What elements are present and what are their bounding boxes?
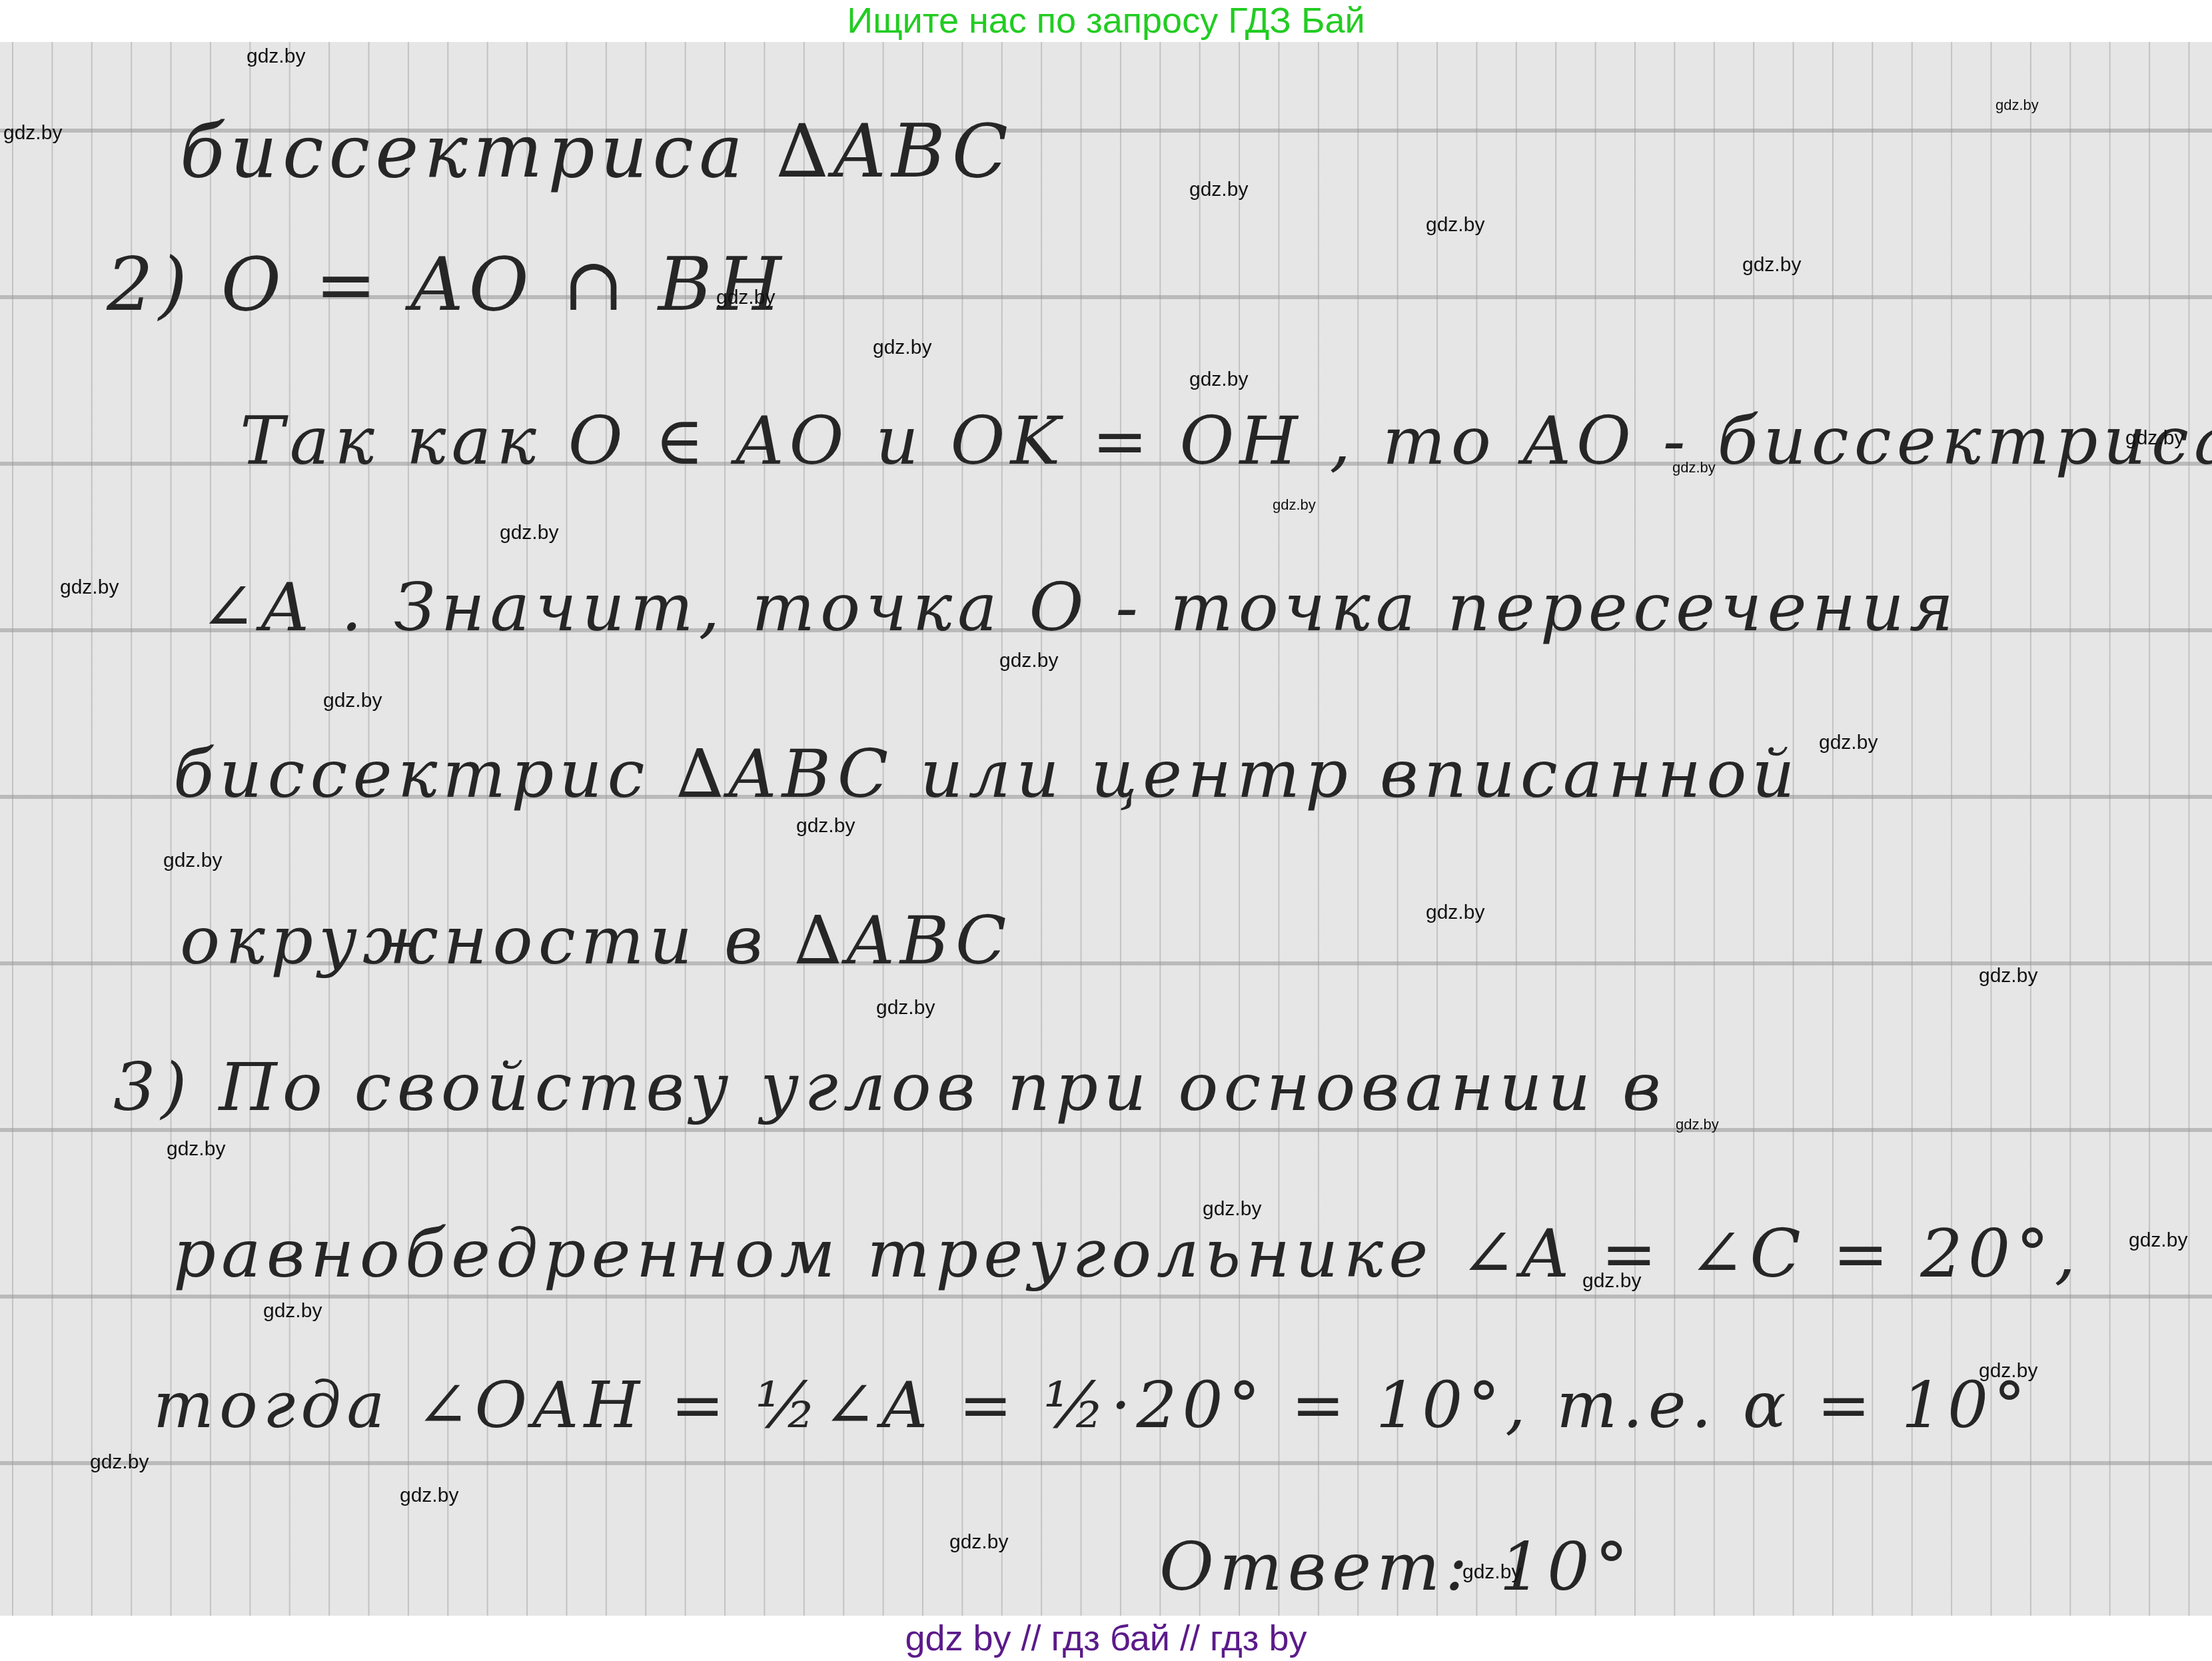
- watermark: gdz.by: [1582, 1270, 1641, 1293]
- watermark: gdz.by: [716, 286, 775, 309]
- watermark: gdz.by: [1995, 97, 2039, 114]
- watermark: gdz.by: [1979, 1360, 2037, 1383]
- watermark: gdz.by: [1273, 496, 1316, 514]
- watermark: gdz.by: [2129, 1229, 2187, 1252]
- solution-line-1: биссектриса ∆ABC: [180, 109, 1013, 194]
- solution-line-2: 2) O = AO ∩ BH: [107, 242, 787, 327]
- watermark: gdz.by: [1979, 965, 2037, 987]
- watermark: gdz.by: [1189, 179, 1248, 201]
- watermark: gdz.by: [949, 1531, 1008, 1554]
- watermark: gdz.by: [163, 849, 222, 872]
- watermark: gdz.by: [263, 1300, 322, 1323]
- watermark: gdz.by: [247, 45, 305, 68]
- watermark: gdz.by: [1462, 1561, 1521, 1584]
- notebook-page: биссектриса ∆ABC 2) O = AO ∩ BH Так как …: [0, 42, 2212, 1616]
- watermark: gdz.by: [1426, 214, 1484, 237]
- watermark: gdz.by: [1189, 368, 1248, 391]
- watermark: gdz.by: [873, 336, 931, 359]
- watermark: gdz.by: [1203, 1198, 1261, 1221]
- watermark: gdz.by: [323, 690, 382, 712]
- banner-text: Ищите нас по запросу ГДЗ Бай: [847, 1, 1365, 41]
- watermark: gdz.by: [2125, 427, 2184, 450]
- solution-line-7: 3) По свойству углов при основании в: [113, 1048, 1666, 1126]
- watermark: gdz.by: [400, 1484, 458, 1507]
- watermark: gdz.by: [500, 522, 558, 544]
- watermark: gdz.by: [90, 1451, 149, 1474]
- solution-line-8: равнобедренном треугольнике ∠A = ∠C = 20…: [173, 1215, 2081, 1293]
- search-banner: Ищите нас по запросу ГДЗ Бай: [0, 0, 2212, 42]
- solution-line-3: Так как O ∈ AO и OK = OH , то AO - биссе…: [240, 402, 2212, 480]
- watermark: gdz.by: [1819, 732, 1878, 754]
- solution-line-9: тогда ∠OAH = ½∠A = ½·20° = 10°, т.е. α =…: [153, 1368, 2031, 1442]
- watermark: gdz.by: [1676, 1116, 1719, 1133]
- watermark: gdz.by: [60, 576, 119, 599]
- watermark: gdz.by: [876, 997, 935, 1019]
- watermark: gdz.by: [3, 122, 62, 145]
- footer-banner: gdz by // гдз бай // гдз by: [0, 1616, 2212, 1661]
- watermark: gdz.by: [1426, 901, 1484, 924]
- footer-text: gdz by // гдз бай // гдз by: [905, 1618, 1307, 1658]
- solution-line-6: окружности в ∆ABC: [180, 901, 1012, 979]
- answer-line: Ответ: 10°: [1159, 1528, 1634, 1606]
- solution-line-4: ∠A . Значит, точка O - точка пересечения: [200, 568, 1959, 646]
- watermark: gdz.by: [999, 650, 1058, 672]
- watermark: gdz.by: [1672, 459, 1716, 476]
- solution-line-5: биссектрис ∆ABC или центр вписанной: [173, 735, 1800, 813]
- watermark: gdz.by: [167, 1138, 225, 1161]
- watermark: gdz.by: [1742, 254, 1801, 277]
- watermark: gdz.by: [796, 815, 855, 837]
